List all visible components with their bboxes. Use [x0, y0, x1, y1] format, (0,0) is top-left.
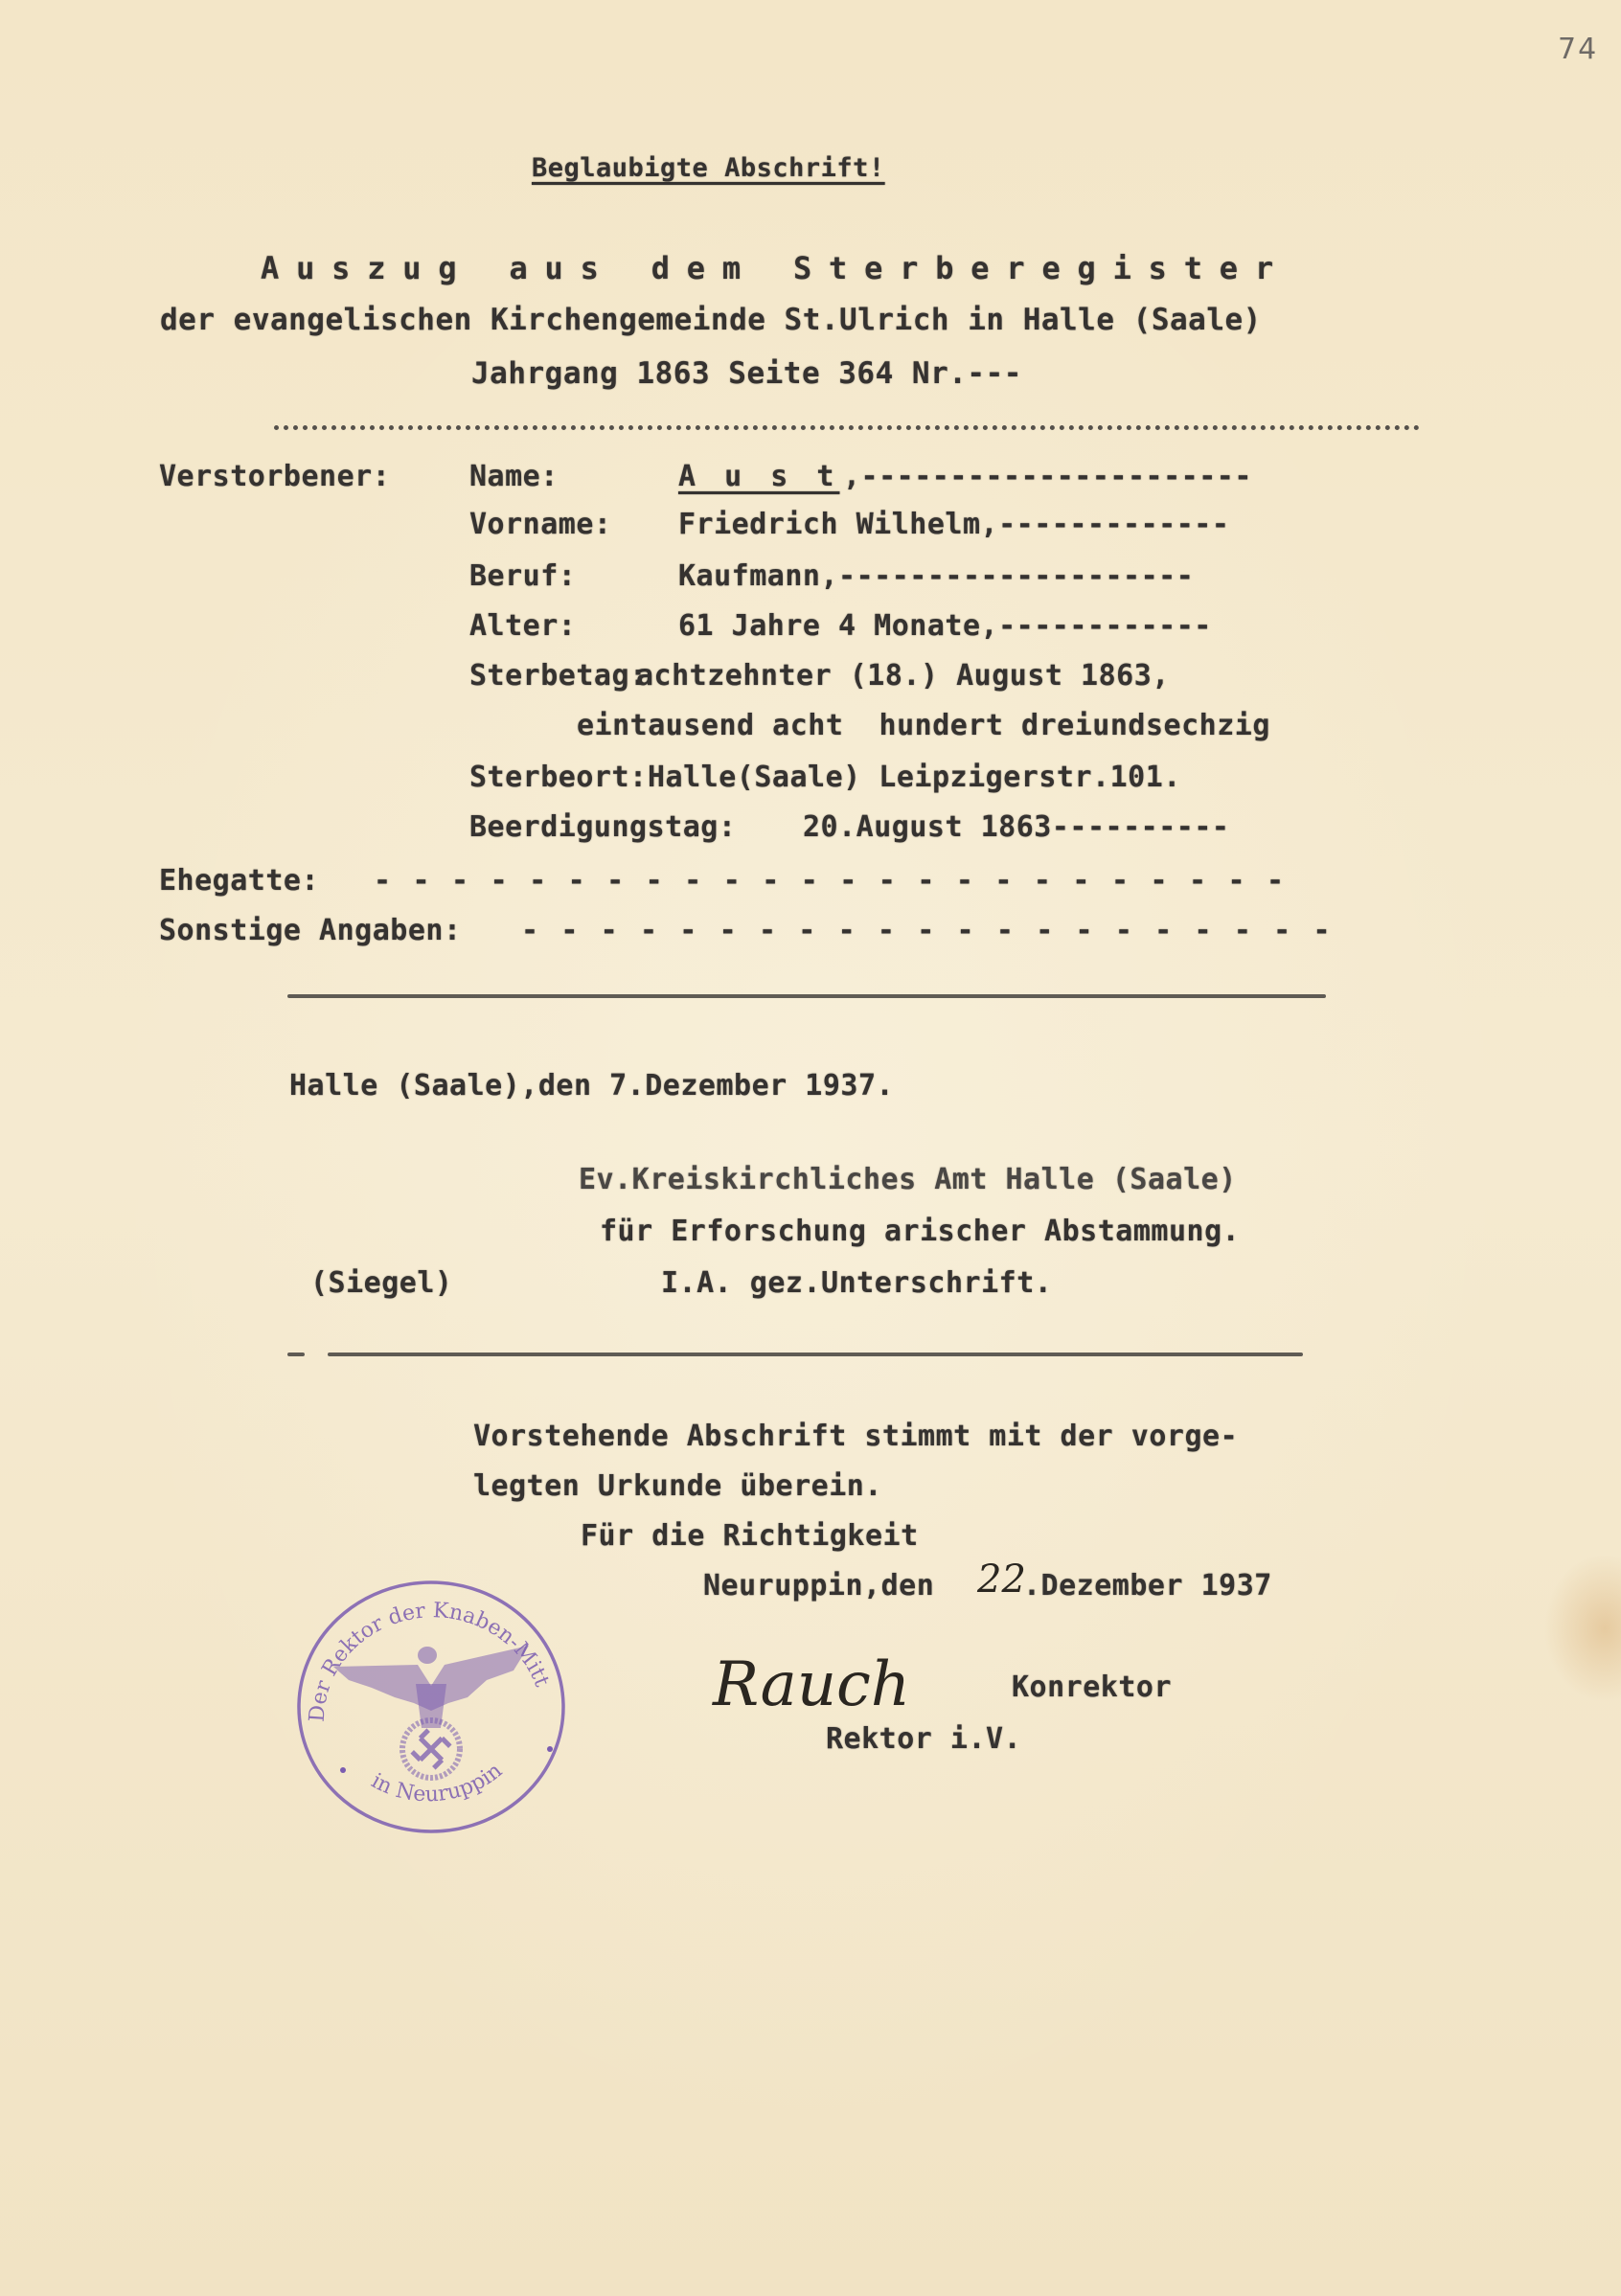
signer-title-1: Konrektor: [1012, 1671, 1172, 1705]
field-label: Beerdigungstag:: [469, 810, 736, 845]
field-value-surname: A u s t: [678, 460, 839, 494]
certification-place: Neuruppin,den: [703, 1569, 952, 1603]
official-stamp: Der Rektor der Knaben-Mittelschule in Ne…: [295, 1579, 567, 1835]
field-label: Sonstige Angaben:: [159, 914, 462, 948]
field-value: - - - - - - - - - - - - - - - - - - - - …: [521, 914, 1333, 948]
field-label: Vorname:: [469, 508, 612, 542]
signer-title-2: Rektor i.V.: [826, 1722, 1021, 1757]
certification-line-2: legten Urkunde überein.: [473, 1469, 882, 1504]
field-label: Name:: [469, 460, 559, 494]
seal-note: (Siegel): [310, 1266, 453, 1301]
dashed-divider-top: [274, 425, 1420, 430]
header-line-1: Auszug aus dem Sterberegister: [261, 251, 1290, 285]
signature-note: I.A. gez.Unterschrift.: [661, 1266, 1052, 1301]
certification-date: .Dezember 1937: [1023, 1569, 1272, 1603]
handwritten-signature: Rauch: [713, 1649, 910, 1720]
field-value-fill: ,----------------------: [843, 460, 1252, 494]
issuing-office-line-2: für Erforschung arischer Abstammung.: [600, 1215, 1240, 1249]
handwritten-day: 22: [977, 1557, 1026, 1602]
field-label: Sterbetag:: [469, 659, 648, 693]
field-label: Sterbeort:: [469, 761, 648, 795]
solid-divider-2-lead: [287, 1353, 305, 1356]
field-value: - - - - - - - - - - - - - - - - - - - - …: [374, 864, 1286, 898]
header-line-2: der evangelischen Kirchengemeinde St.Ulr…: [160, 303, 1262, 337]
field-value: Halle(Saale) Leipzigerstr.101.: [648, 761, 1181, 795]
solid-divider-1: [287, 994, 1326, 998]
page-number: 74: [1558, 33, 1598, 66]
field-label: Alter:: [469, 609, 576, 644]
field-value: Kaufmann,--------------------: [678, 559, 1194, 594]
field-label: Ehegatte:: [159, 864, 319, 898]
certification-line-1: Vorstehende Abschrift stimmt mit der vor…: [473, 1420, 1238, 1454]
field-value: achtzehnter (18.) August 1863,: [636, 659, 1170, 693]
stamp-seal-icon: Der Rektor der Knaben-Mittelschule in Ne…: [295, 1579, 567, 1835]
document-title: Beglaubigte Abschrift!: [532, 151, 885, 186]
certification-line-3: Für die Richtigkeit: [581, 1519, 919, 1554]
issue-place-date: Halle (Saale),den 7.Dezember 1937.: [289, 1069, 894, 1103]
field-label: Beruf:: [469, 559, 576, 594]
solid-divider-2: [328, 1353, 1303, 1356]
field-value: 61 Jahre 4 Monate,------------: [678, 609, 1212, 644]
deceased-section-label: Verstorbener:: [159, 460, 390, 494]
field-value: 20.August 1863----------: [803, 810, 1229, 845]
issuing-office-line-1: Ev.Kreiskirchliches Amt Halle (Saale): [579, 1163, 1237, 1197]
header-line-3: Jahrgang 1863 Seite 364 Nr.---: [471, 356, 1022, 391]
field-value: Friedrich Wilhelm,-------------: [678, 508, 1229, 542]
field-value-death-year-words: eintausend acht hundert dreiundsechzig: [577, 709, 1270, 743]
